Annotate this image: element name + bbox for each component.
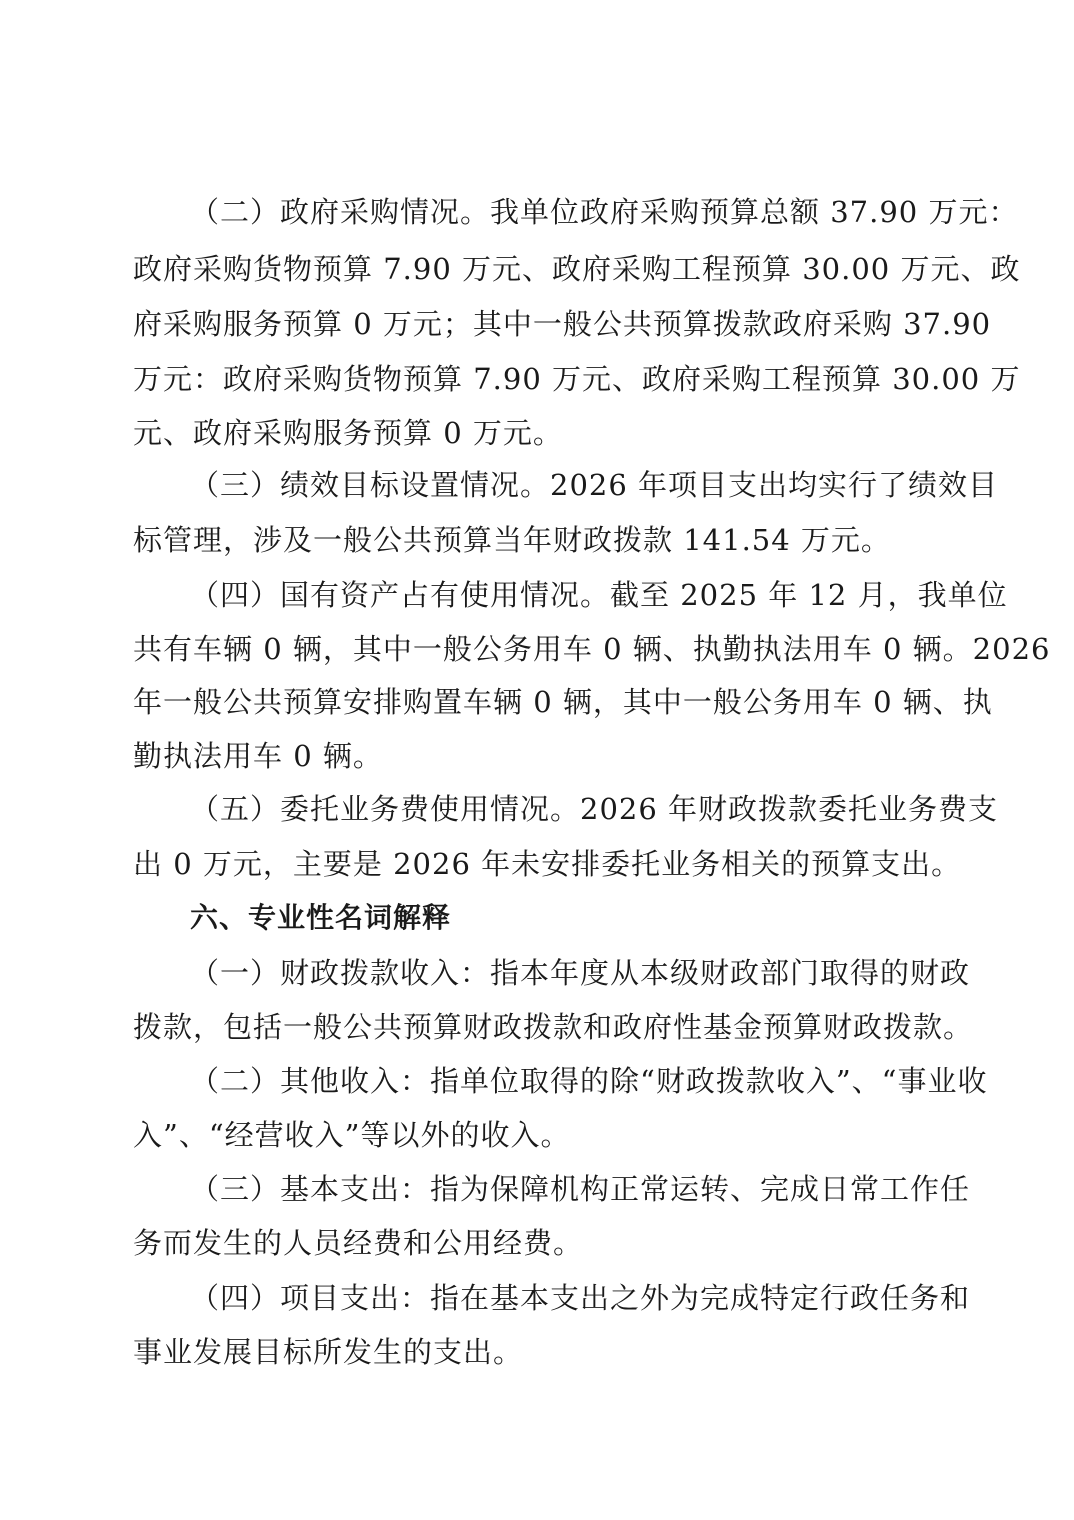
text-line: 拨款，包括一般公共预算财政拨款和政府性基金预算财政拨款。 bbox=[133, 1009, 943, 1045]
text-line: （三）绩效目标设置情况。2026 年项目支出均实行了绩效目 bbox=[190, 467, 943, 503]
text-line: 入”、“经营收入”等以外的收入。 bbox=[133, 1117, 943, 1153]
text-line: 事业发展目标所发生的支出。 bbox=[133, 1334, 943, 1370]
section-heading: 六、专业性名词解释 bbox=[190, 900, 451, 936]
text-line: （二）其他收入：指单位取得的除“财政拨款收入”、“事业收 bbox=[190, 1063, 943, 1099]
text-line: （一）财政拨款收入：指本年度从本级财政部门取得的财政 bbox=[190, 955, 943, 991]
text-line: 万元：政府采购货物预算 7.90 万元、政府采购工程预算 30.00 万 bbox=[133, 361, 943, 397]
text-line: 共有车辆 0 辆，其中一般公务用车 0 辆、执勤执法用车 0 辆。2026 bbox=[133, 631, 943, 667]
text-line: 标管理，涉及一般公共预算当年财政拨款 141.54 万元。 bbox=[133, 522, 943, 558]
text-line: （三）基本支出：指为保障机构正常运转、完成日常工作任 bbox=[190, 1171, 943, 1207]
text-line: （四）项目支出：指在基本支出之外为完成特定行政任务和 bbox=[190, 1280, 943, 1316]
text-line: （四）国有资产占有使用情况。截至 2025 年 12 月，我单位 bbox=[190, 577, 943, 613]
text-line: 年一般公共预算安排购置车辆 0 辆，其中一般公务用车 0 辆、执 bbox=[133, 684, 943, 720]
document-page: （二）政府采购情况。我单位政府采购预算总额 37.90 万元： 政府采购货物预算… bbox=[0, 0, 1074, 1520]
text-line: 务而发生的人员经费和公用经费。 bbox=[133, 1225, 943, 1261]
text-line: 出 0 万元，主要是 2026 年未安排委托业务相关的预算支出。 bbox=[133, 846, 943, 882]
text-line: 元、政府采购服务预算 0 万元。 bbox=[133, 415, 943, 451]
text-line: （五）委托业务费使用情况。2026 年财政拨款委托业务费支 bbox=[190, 791, 943, 827]
text-line: （二）政府采购情况。我单位政府采购预算总额 37.90 万元： bbox=[190, 194, 943, 230]
text-line: 府采购服务预算 0 万元；其中一般公共预算拨款政府采购 37.90 bbox=[133, 306, 943, 342]
text-line: 政府采购货物预算 7.90 万元、政府采购工程预算 30.00 万元、政 bbox=[133, 251, 943, 287]
text-line: 勤执法用车 0 辆。 bbox=[133, 738, 943, 774]
